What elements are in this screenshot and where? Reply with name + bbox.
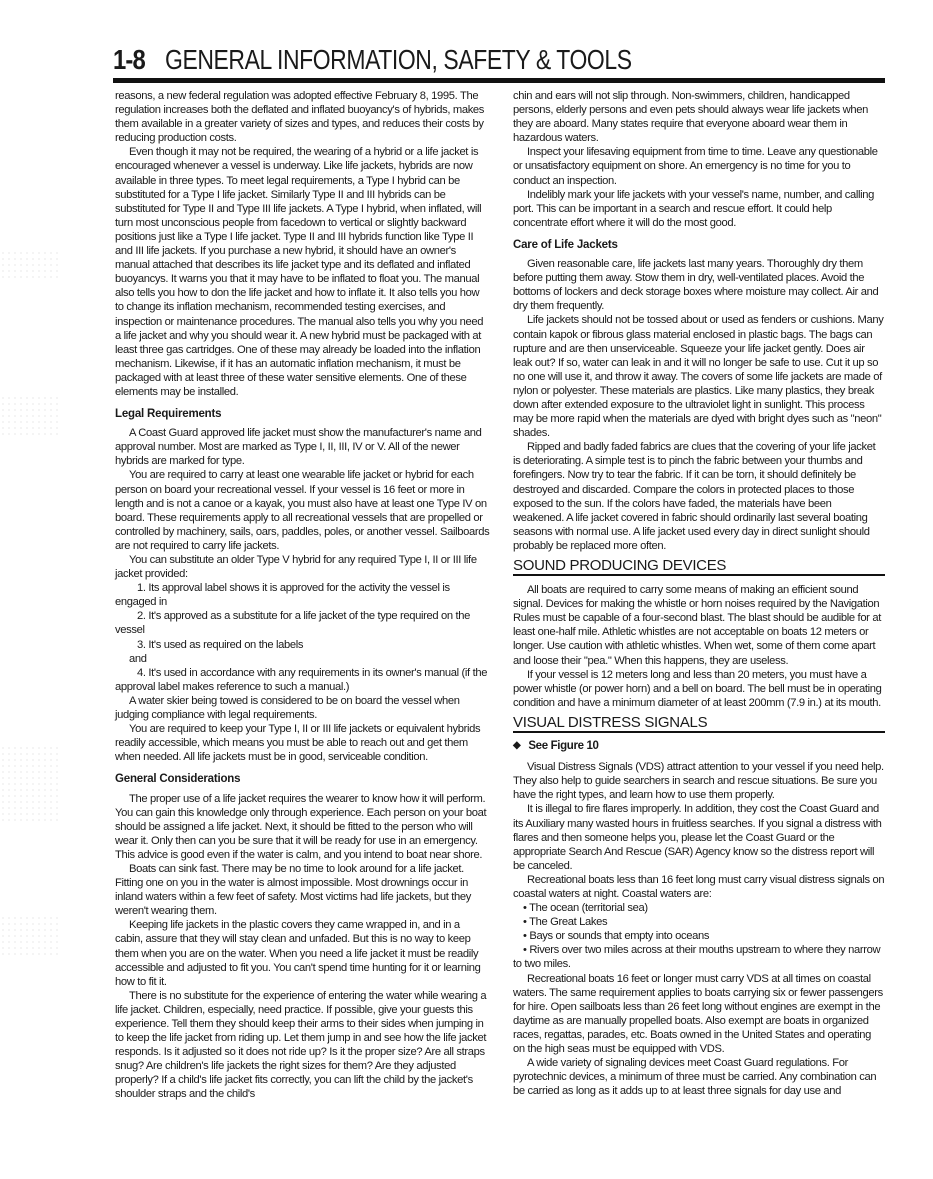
bullet-item: • The Great Lakes [513,915,885,929]
paragraph: Life jackets should not be tossed about … [513,313,885,440]
header-rule [113,78,885,83]
figure-reference[interactable]: ◆ See Figure 10 [513,739,885,753]
numbered-item: 4. It's used in accordance with any requ… [115,666,490,694]
paragraph: Ripped and badly faded fabrics are clues… [513,440,885,553]
paragraph: Visual Distress Signals (VDS) attract at… [513,760,885,802]
numbered-item: 3. It's used as required on the labels [115,638,490,652]
left-column: reasons, a new federal regulation was ad… [115,89,490,1102]
subheading-general-considerations: General Considerations [115,772,490,786]
page-header: 1-8 GENERAL INFORMATION, SAFETY & TOOLS [113,44,885,83]
bullet-item: • Bays or sounds that empty into oceans [513,929,885,943]
paragraph: All boats are required to carry some mea… [513,583,885,668]
subheading-legal-requirements: Legal Requirements [115,407,490,421]
scan-artifact [0,915,58,955]
paragraph: If your vessel is 12 meters long and les… [513,668,885,710]
paragraph: Recreational boats less than 16 feet lon… [513,873,885,901]
paragraph: Inspect your lifesaving equipment from t… [513,145,885,187]
page-number: 1-8 [113,44,152,76]
paragraph: Keeping life jackets in the plastic cove… [115,918,490,988]
paragraph: A Coast Guard approved life jacket must … [115,426,490,468]
paragraph: You are required to carry at least one w… [115,468,490,553]
paragraph: You can substitute an older Type V hybri… [115,553,490,581]
numbered-item: 2. It's approved as a substitute for a l… [115,609,490,637]
figure-reference-label: See Figure 10 [528,739,598,753]
diamond-bullet-icon: ◆ [513,739,520,753]
subheading-care-of-life-jackets: Care of Life Jackets [513,238,885,252]
spacer [513,576,885,583]
paragraph: Given reasonable care, life jackets last… [513,257,885,313]
paragraph: A wide variety of signaling devices meet… [513,1056,885,1098]
paragraph: You are required to keep your Type I, II… [115,722,490,764]
scan-artifact [0,395,58,435]
paragraph: It is illegal to fire flares improperly.… [513,802,885,872]
paragraph: Boats can sink fast. There may be no tim… [115,862,490,918]
section-heading-visual-distress-signals: VISUAL DISTRESS SIGNALS [513,716,885,733]
list-connector: and [115,652,490,666]
section-heading-sound-producing-devices: SOUND PRODUCING DEVICES [513,559,885,576]
paragraph: There is no substitute for the experienc… [115,989,490,1102]
paragraph: reasons, a new federal regulation was ad… [115,89,490,145]
bullet-item: • Rivers over two miles across at their … [513,943,885,971]
paragraph: Even though it may not be required, the … [115,145,490,399]
numbered-item: 1. Its approval label shows it is approv… [115,581,490,609]
scan-artifact [0,250,58,280]
paragraph: Recreational boats 16 feet or longer mus… [513,972,885,1057]
page-title: GENERAL INFORMATION, SAFETY & TOOLS [165,44,632,76]
right-column: chin and ears will not slip through. Non… [513,89,885,1098]
paragraph: The proper use of a life jacket requires… [115,792,490,862]
paragraph: A water skier being towed is considered … [115,694,490,722]
scan-artifact [0,745,58,825]
paragraph: Indelibly mark your life jackets with yo… [513,188,885,230]
bullet-item: • The ocean (territorial sea) [513,901,885,915]
paragraph: chin and ears will not slip through. Non… [513,89,885,145]
